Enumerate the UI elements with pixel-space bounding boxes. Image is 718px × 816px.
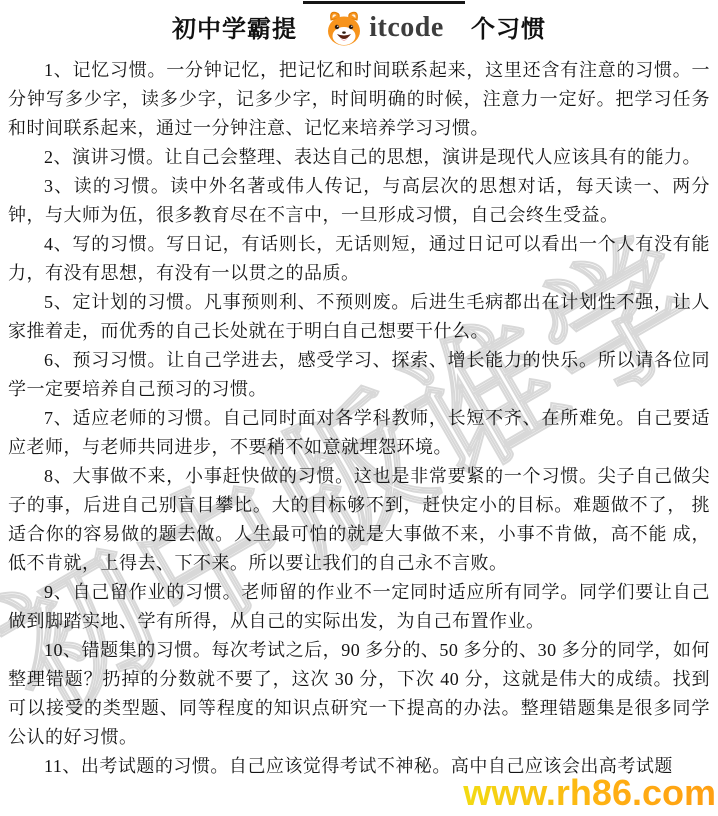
- paragraph: 4、写的习惯。写日记，有话则长，无话则短，通过日记可以看出一个人有没有能力，有没…: [8, 230, 710, 288]
- paragraph: 1、记忆习惯。一分钟记忆，把记忆和时间联系起来，这里还含有注意的习惯。一分钟写多…: [8, 56, 710, 143]
- title-left: 初中学霸提: [172, 9, 297, 44]
- title-right: 个习惯: [471, 9, 546, 44]
- paragraph: 10、错题集的习惯。每次考试之后，90 多分的、50 多分的、30 多分的同学，…: [8, 636, 710, 752]
- paragraph: 3、读的习惯。读中外名著或伟人传记，与高层次的思想对话，每天读一、两分钟，与大师…: [8, 172, 710, 230]
- document-page: 初中版谁学 初中学霸提: [0, 0, 718, 816]
- paragraph: 9、自己留作业的习惯。老师留的作业不一定同时适应所有同学。同学们要让自己做到脚踏…: [8, 578, 710, 636]
- document-body: 1、记忆习惯。一分钟记忆，把记忆和时间联系起来，这里还含有注意的习惯。一分钟写多…: [0, 52, 718, 781]
- itcode-logo: itcode: [303, 1, 465, 51]
- paragraph: 8、大事做不来，小事赶快做的习惯。这也是非常要紧的一个习惯。尖子自己做尖子的事，…: [8, 462, 710, 578]
- dog-mascot-icon: [324, 8, 364, 48]
- itcode-wordmark: itcode: [369, 12, 444, 44]
- paragraph: 7、适应老师的习惯。自己同时面对各学科教师，长短不齐、在所难免。自己要适应老师，…: [8, 404, 710, 462]
- paragraph: 6、预习习惯。让自己学进去，感受学习、探索、增长能力的快乐。所以请各位同学一定要…: [8, 346, 710, 404]
- paragraph: 11、出考试题的习惯。自己应该觉得考试不神秘。高中自己应该会出高考试题: [8, 752, 710, 781]
- paragraph: 5、定计划的习惯。凡事预则利、不预则废。后进生毛病都出在计划性不强，让人家推着走…: [8, 288, 710, 346]
- document-title-row: 初中学霸提: [0, 0, 718, 52]
- paragraph: 2、演讲习惯。让自己会整理、表达自己的思想，演讲是现代人应该具有的能力。: [8, 143, 710, 172]
